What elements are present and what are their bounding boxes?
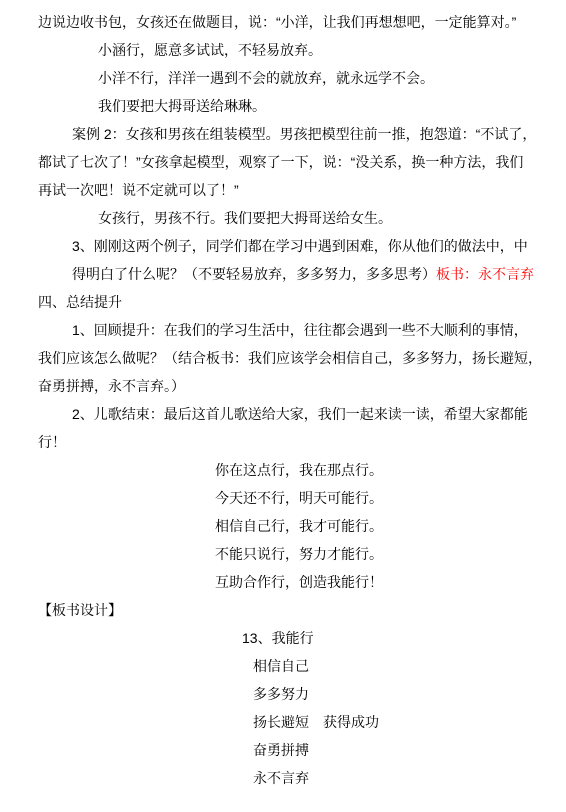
dialog-line: 女孩行，男孩不行。我们要把大拇哥送给女生。 (38, 204, 542, 232)
poem-line: 不能只说行，努力才能行。 (38, 540, 542, 568)
case2-paragraph-line: 案例 2：女孩和男孩在组装模型。男孩把模型往前一推，抱怨道：“不试了， (38, 120, 542, 148)
board-design-item: 永不言弃 (38, 764, 542, 792)
board-design-heading: 【板书设计】 (38, 596, 542, 624)
dialog-line: 小洋不行，洋洋一遇到不会的就放弃，就永远学不会。 (38, 64, 542, 92)
review-paragraph-line: 1、回顾提升：在我们的学习生活中，往往都会遇到一些不大顺利的事情， (38, 316, 542, 344)
board-design-item: 扬长避短 获得成功 (38, 708, 542, 736)
question-paragraph-text: 得明白了什么呢？（不要轻易放弃，多多努力，多多思考） (72, 266, 436, 282)
poem-line: 相信自己行，我才可能行。 (38, 512, 542, 540)
poem-line: 互助合作行，创造我能行！ (38, 568, 542, 596)
board-note-red-text: 板书：永不言弃 (436, 266, 534, 282)
board-design-item: 多多努力 (38, 680, 542, 708)
paragraph-continuation-line: 边说边收书包，女孩还在做题目，说：“小洋，让我们再想想吧，一定能算对。” (38, 8, 542, 36)
board-design-title: 13、我能行 (38, 624, 542, 652)
review-paragraph-line: 我们应该怎么做呢？（结合板书：我们应该学会相信自己，多多努力，扬长避短， (38, 344, 542, 372)
poem-line: 你在这点行，我在那点行。 (38, 456, 542, 484)
section-heading-summary: 四、总结提升 (38, 288, 542, 316)
question-paragraph-line: 得明白了什么呢？（不要轻易放弃，多多努力，多多思考）板书：永不言弃 (38, 260, 542, 288)
board-design-item: 奋勇拼搏 (38, 736, 542, 764)
dialog-line: 小涵行，愿意多试试，不轻易放弃。 (38, 36, 542, 64)
rhyme-intro-line: 行！ (38, 428, 542, 456)
board-design-item: 相信自己 (38, 652, 542, 680)
review-paragraph-line: 奋勇拼搏，永不言弃。） (38, 372, 542, 400)
rhyme-intro-line: 2、儿歌结束：最后这首儿歌送给大家，我们一起来读一读，希望大家都能 (38, 400, 542, 428)
document-page: 边说边收书包，女孩还在做题目，说：“小洋，让我们再想想吧，一定能算对。” 小涵行… (0, 0, 566, 812)
case2-paragraph-line: 都试了七次了！”女孩拿起模型，观察了一下，说：“没关系，换一种方法，我们 (38, 148, 542, 176)
case2-paragraph-line: 再试一次吧！说不定就可以了！” (38, 176, 542, 204)
poem-line: 今天还不行，明天可能行。 (38, 484, 542, 512)
question-paragraph-line: 3、刚刚这两个例子，同学们都在学习中遇到困难，你从他们的做法中，中 (38, 232, 542, 260)
dialog-line: 我们要把大拇哥送给琳琳。 (38, 92, 542, 120)
